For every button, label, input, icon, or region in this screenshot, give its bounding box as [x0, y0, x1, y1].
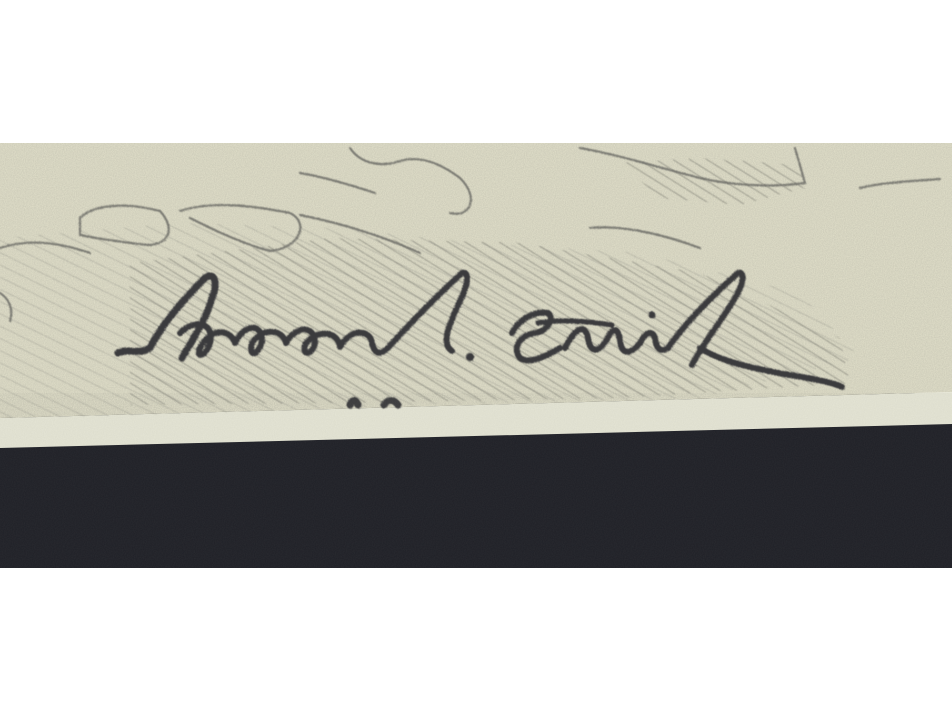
- bottom-white-band: [0, 568, 952, 714]
- top-white-band: [0, 0, 952, 143]
- framed-drawing-photo: [0, 143, 952, 568]
- photo-stage: Close-up photograph of the lower edge of…: [0, 0, 952, 714]
